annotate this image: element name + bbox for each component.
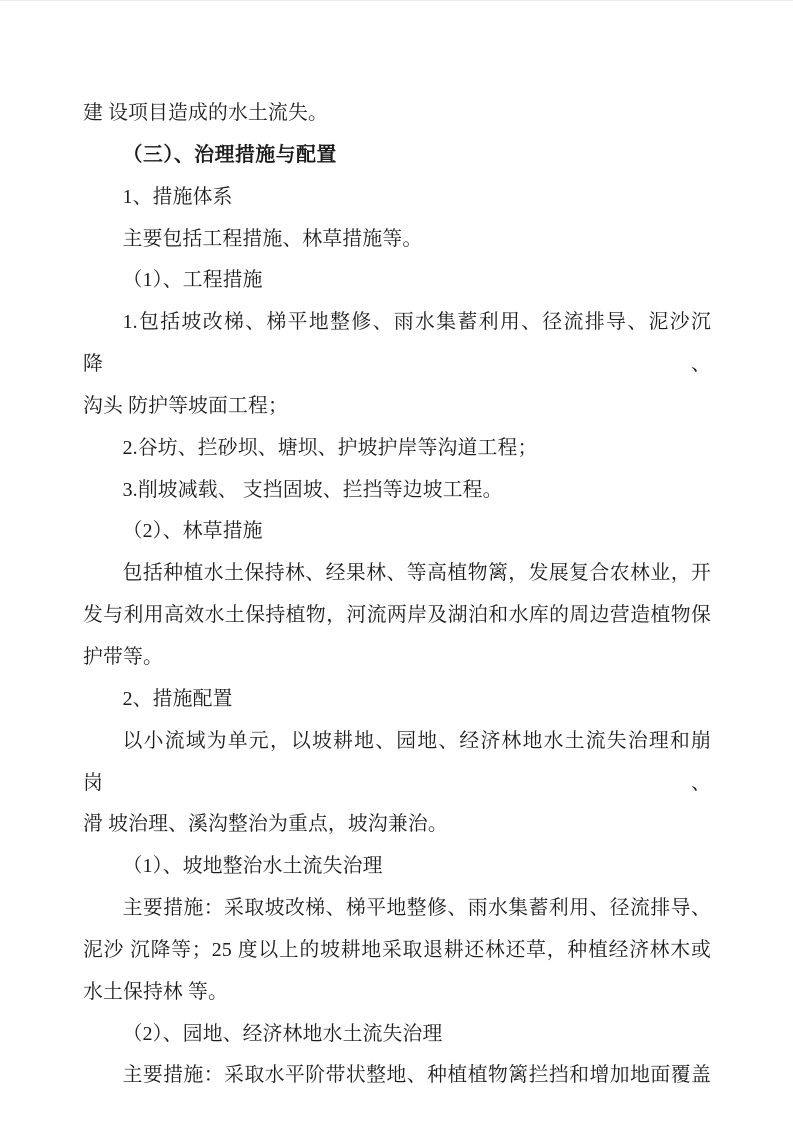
- subheading-orchard-forest-treatment: （2）、园地、经济林地水土流失治理: [83, 1014, 711, 1056]
- paragraph-continuation-line: 建 设项目造成的水土流失。: [83, 93, 711, 135]
- body-line-slope-treatment-3: 水土保持林 等。: [83, 972, 711, 1014]
- subheading-measure-system: 1、措施体系: [83, 177, 711, 219]
- subheading-vegetation-measures: （2）、林草措施: [83, 511, 711, 553]
- body-line-configuration-1: 以小流域为单元，以坡耕地、园地、经济林地水土流失治理和崩岗、: [83, 721, 711, 805]
- subheading-engineering-measures: （1）、工程措施: [83, 260, 711, 302]
- body-line-measure-summary: 主要包括工程措施、林草措施等。: [83, 219, 711, 261]
- body-line-vegetation-2: 发与利用高效水土保持植物，河流两岸及湖泊和水库的周边营造植物保: [83, 595, 711, 637]
- body-line-configuration-2: 滑 坡治理、溪沟整治为重点，坡沟兼治。: [83, 804, 711, 846]
- document-text-block: 建 设项目造成的水土流失。 （三）、治理措施与配置 1、措施体系 主要包括工程措…: [83, 93, 711, 1097]
- list-item-channel-works: 2.谷坊、拦砂坝、塘坝、护坡护岸等沟道工程；: [83, 428, 711, 470]
- list-item-slope-works-line-1: 1.包括坡改梯、梯平地整修、雨水集蓄利用、径流排导、泥沙沉降、: [83, 302, 711, 386]
- subheading-slope-land-treatment: （1）、坡地整治水土流失治理: [83, 846, 711, 888]
- body-line-orchard-treatment-1: 主要措施：采取水平阶带状整地、种植植物篱拦挡和增加地面覆盖: [83, 1055, 711, 1097]
- body-line-vegetation-1: 包括种植水土保持林、经果林、等高植物篱，发展复合农林业，开: [83, 553, 711, 595]
- section-heading: （三）、治理措施与配置: [83, 135, 711, 177]
- body-line-slope-treatment-1: 主要措施：采取坡改梯、梯平地整修、雨水集蓄利用、径流排导、: [83, 888, 711, 930]
- subheading-measure-configuration: 2、措施配置: [83, 679, 711, 721]
- document-page: 建 设项目造成的水土流失。 （三）、治理措施与配置 1、措施体系 主要包括工程措…: [0, 0, 793, 1123]
- body-line-slope-treatment-2: 泥沙 沉降等；25 度以上的坡耕地采取退耕还林还草，种植经济林木或: [83, 930, 711, 972]
- list-item-slope-works-line-2: 沟头 防护等坡面工程；: [83, 386, 711, 428]
- list-item-side-slope-works: 3.削坡减载、 支挡固坡、拦挡等边坡工程。: [83, 470, 711, 512]
- body-line-vegetation-3: 护带等。: [83, 637, 711, 679]
